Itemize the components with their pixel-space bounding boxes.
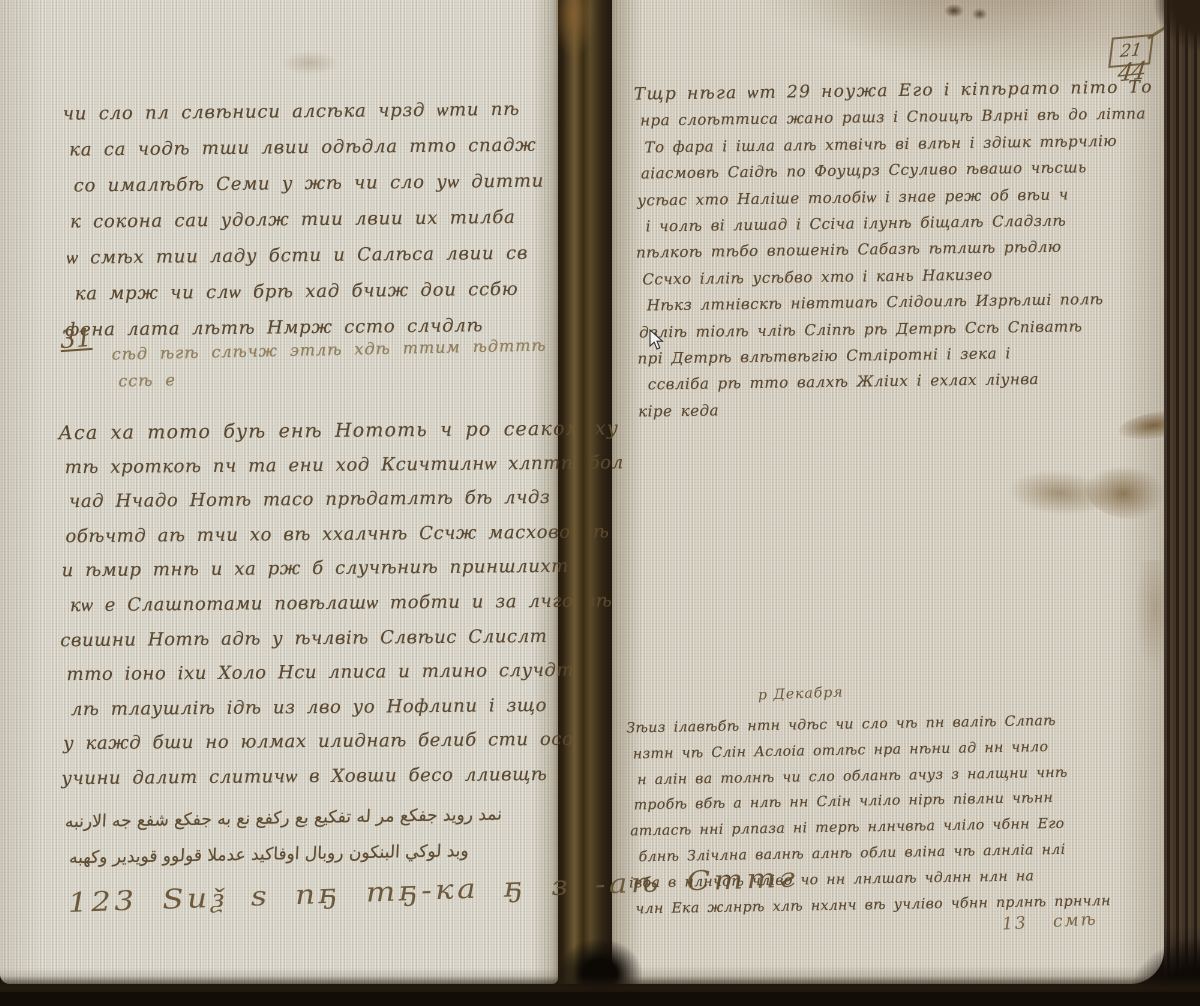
page-edges-right bbox=[1164, 0, 1200, 1006]
mouse-cursor-icon bbox=[649, 329, 665, 355]
book-gutter-top bbox=[556, 0, 600, 70]
left-page-paragraph-1: чи сло пл слвѣниси алсѣка чрзд ѡти пѣ ка… bbox=[63, 91, 566, 348]
text-line: чи сло пл слвѣниси алсѣка чрзд ѡти пѣ bbox=[63, 91, 563, 132]
text-line: обѣчтд аѣ тчи хо вѣ ххалчнѣ Ссчж масхово… bbox=[65, 516, 567, 555]
folio-number-44: 44 bbox=[1116, 56, 1146, 87]
ink-speck-stain bbox=[930, 2, 1010, 24]
book-bottom-edge-dark bbox=[0, 992, 1200, 1006]
text-line: тѣ хроткоѣ пч та ени ход Ксичтилнѡ хлптѣ… bbox=[65, 446, 567, 485]
edge-stain bbox=[1130, 560, 1180, 720]
left-page-faded-lines: сѣд ѣгѣ слѣчж этлѣ хдѣ ттим ѣдттѣ ссѣ е bbox=[111, 331, 552, 394]
margin-number-31: 31 bbox=[59, 323, 93, 354]
text-line: тто іоно іхи Холо Нси лписа и тлино случ… bbox=[66, 654, 568, 693]
right-page-paragraph-1: Тщр нѣга ѡт 29 ноужа Его і кіпѣрато піто… bbox=[634, 74, 1151, 424]
text-line: лѣ тлаушліѣ ідѣ из лво уо Нофлипи і зщо bbox=[71, 689, 569, 728]
text-line: свишни Нотѣ адѣ у ѣчлвіѣ Слвѣис Слислт bbox=[60, 619, 568, 658]
foxing-stain bbox=[250, 48, 370, 78]
text-line: учини далит слитичѡ в Ховши бесо лливщѣ bbox=[61, 758, 569, 797]
text-line: и ѣмир тнѣ и ха рж б случѣниѣ приншлихт bbox=[62, 550, 568, 589]
right-page-paragraph-2: Зѣиз ілавѣбѣ нтн чдѣс чи сло чѣ пн валіѣ… bbox=[626, 708, 1138, 923]
text-line: ѡ смѣх тии ладу бсти и Салѣса лвии св bbox=[66, 235, 564, 276]
text-line: ка мрж чи слѡ брѣ хад бчиж дои ссбю bbox=[75, 271, 565, 312]
text-line: ка са чодѣ тши лвии одѣдла тто спадж bbox=[69, 127, 563, 168]
text-line: к сокона саи удолж тии лвии их тилба bbox=[70, 199, 564, 240]
section-heading-december: р Декабря bbox=[758, 685, 844, 704]
text-line: кѡ е Слашпотами повѣлашѡ тобти и за лчго… bbox=[70, 585, 568, 624]
left-page-paragraph-2: Аса ха тото буѣ енѣ Нототь ч ро сеаком х… bbox=[58, 412, 569, 797]
text-line: чад Нчадо Нотѣ тасо прѣдатлтѣ бѣ лчдз bbox=[69, 481, 567, 520]
text-line: у кажд бши но юлмах илиднаѣ белиб сти ос… bbox=[63, 723, 569, 762]
text-line: Аса ха тото буѣ енѣ Нототь ч ро сеаком х… bbox=[58, 412, 566, 451]
left-page-arabic-script-lines: نمد رويد جفكع مر له تفكيع بع ركفع نع به … bbox=[62, 796, 546, 876]
manuscript-photo: чи сло пл слвѣниси алсѣка чрзд ѡти пѣ ка… bbox=[0, 0, 1200, 1006]
text-line: со ималѣбѣ Семи у жѣ чи сло уѡ дитти bbox=[73, 163, 563, 204]
